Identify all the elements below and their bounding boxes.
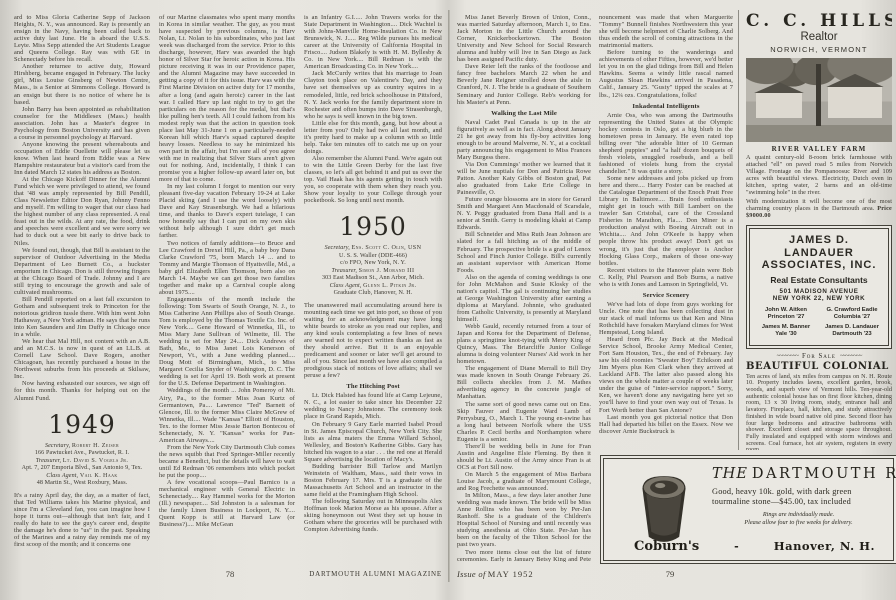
walking-last-mile-heading: Walking the Last Mile [457, 110, 591, 117]
class-notes-paragraph: Last month you got pictorial notice that… [599, 414, 733, 435]
class-notes-paragraph: At the Chicago Kickoff Dinner for the Al… [14, 176, 150, 246]
issue-footer: Issue of MAY 1952 [457, 569, 534, 579]
officer-name: Robert H. Zeiser [72, 443, 119, 449]
class-notes-paragraph: On March 5 the engagement of Miss Barbar… [457, 471, 591, 492]
hitching-post-heading: The Hitching Post [304, 383, 442, 390]
landauer-person: James D. LandauerDartmouth '23 [819, 324, 885, 338]
class-notes-paragraph: A few vocational scoops—Paul Barnico is … [159, 479, 295, 528]
landauer-person: John W. AitkenPrinceton '27 [753, 307, 819, 321]
officer-address: c/o FPO, New York, N. Y. [304, 260, 442, 268]
class-notes-paragraph: Anyone knowing the present whereabouts a… [14, 141, 150, 176]
left-page-column-2: of our Marine classmates who spent many … [159, 14, 295, 562]
for-sale-label: For Sale [746, 353, 892, 360]
advertisement-column: C. C. HILLS Realtor NORWICH, VERMONT RIV… [746, 12, 892, 450]
cc-hills-ad: C. C. HILLS Realtor NORWICH, VERMONT RIV… [746, 12, 892, 220]
class-notes-paragraph: We've had lots of dope from guys working… [599, 301, 733, 336]
class-1949-heading: 1949 [14, 411, 150, 438]
coburns-town: Hanover, N. H. [774, 539, 875, 553]
class-notes-paragraph: Two more items close out the list of fut… [457, 549, 591, 562]
class-notes-paragraph: Two notices of family additions—to Bruce… [159, 240, 295, 296]
right-page-number: 79 [630, 569, 710, 579]
cc-hills-description: A quaint century-old 8-room brick farmho… [746, 155, 892, 196]
class-notes-paragraph: Jack McCurdy writes that his marriage to… [304, 70, 442, 119]
landauer-address-2: NEW YORK 22, NEW YORK [753, 295, 885, 303]
landauer-name-1: JAMES D. LANDAUER [753, 234, 885, 259]
cc-hills-realtor: Realtor [746, 31, 892, 43]
class-notes-paragraph: Dave Reier left the ranks of the footloo… [457, 63, 591, 105]
cc-hills-town: NORWICH, VERMONT [746, 45, 892, 54]
class-notes-paragraph: It's a rainy April day, the day, as a ma… [14, 492, 150, 548]
class-notes-paragraph: In Milton, Mass., a few days later anoth… [457, 492, 591, 548]
class-notes-paragraph: is an Infantry G.I..... John Travers wor… [304, 14, 442, 70]
class-notes-paragraph: John Barry has been appointed as rehabil… [14, 106, 150, 141]
class-notes-paragraph: The engagement of Diane Merrall to Bill … [457, 365, 591, 400]
class-1950-heading: 1950 [304, 213, 442, 240]
ring-title: THEDARTMOUTH RING [712, 466, 885, 482]
inkadental-heading: Inkadental Intelligents [599, 103, 733, 110]
officer-role: Class Agent, [46, 473, 80, 479]
class-notes-paragraph: We hear that Mal Hill, not content with … [14, 338, 150, 380]
class-notes-paragraph: The following Saturday out in Minneapoli… [304, 498, 442, 533]
tree-trunk [816, 64, 821, 126]
officer-address: 48 Martin St., West Roxbury, Mass. [14, 480, 150, 488]
class-notes-paragraph: Before turning to the wanderings and ach… [599, 49, 733, 98]
class-notes-paragraph: Future orange blossoms are in store for … [457, 196, 591, 231]
officer-line: Class Agent, Vail K. Haak [14, 473, 150, 481]
officer-line: Secretary, Ens. Scott C. Olin, USN [304, 245, 442, 253]
class-1950-officers: Secretary, Ens. Scott C. Olin, USN U. S.… [304, 245, 442, 298]
officer-line: Treasurer, Simon J. Morand III [304, 268, 442, 276]
magazine-spread: ard to Miss Gloria Catherine Sepp of Jac… [0, 0, 896, 600]
left-page-column-3: is an Infantry G.I..... John Travers wor… [304, 14, 442, 562]
class-notes-paragraph: Bill Pendill reported on a last fall exc… [14, 296, 150, 338]
class-notes-paragraph: The unanswered mail accumulating around … [304, 302, 442, 380]
landauer-ad: JAMES D. LANDAUER ASSOCIATES, INC. Real … [746, 225, 892, 349]
left-page-number: 78 [190, 569, 270, 579]
class-notes-paragraph: Naval Cadet Paul Canada is up in the air… [457, 119, 591, 161]
class-notes-paragraph: Recent visitors to the Hanover plain wer… [599, 267, 733, 288]
officer-line: Treasurer, Lt. David S. Vogels Jr. [14, 458, 150, 466]
officer-name: Simon J. Morand III [359, 268, 415, 274]
officer-line: Secretary, Robert H. Zeiser [14, 443, 150, 451]
officer-address: Apt. 7, 207 Emporia Blvd., San Antonio 9… [14, 465, 150, 473]
class-notes-paragraph: Weddings of the month ... John Pomeroy o… [159, 387, 295, 443]
officer-address: Graduate Club, Hanover, N. H. [304, 290, 442, 298]
officer-address: 166 Pawtucket Ave., Pawtucket, R. I. [14, 450, 150, 458]
officer-address: U. S. S. Waller (DDE-466) [304, 253, 442, 261]
landauer-subtitle: Real Estate Consultants [753, 275, 885, 285]
ring-note-2: Please allow four to five weeks for deli… [712, 519, 885, 527]
class-notes-paragraph: Miss Janet Beverly Brown of Union, Conn.… [457, 14, 591, 63]
farmhouse-main [828, 86, 882, 118]
river-valley-farm-caption: RIVER VALLEY FARM [746, 145, 892, 153]
class-notes-paragraph: Also on the agenda of coming weddings is… [457, 274, 591, 323]
cc-hills-description-2: With modernization it will become one of… [746, 198, 892, 212]
left-page-column-1: ard to Miss Gloria Catherine Sepp of Jac… [14, 14, 150, 562]
officer-role: Secretary, [45, 443, 72, 449]
colonial-house-description: Ten acres of land, six miles from campus… [746, 374, 892, 450]
class-notes-paragraph: Lt. Dick Halsted has found life at Camp … [304, 392, 442, 420]
class-notes-paragraph: In my last column I forgot to mention ou… [159, 183, 295, 239]
class-1949-officers: Secretary, Robert H. Zeiser 166 Pawtucke… [14, 443, 150, 488]
officer-role: Class Agent, [330, 283, 364, 289]
coburns-name: Coburn's [634, 539, 699, 554]
class-notes-paragraph: We found out, though, that Bill is assis… [14, 247, 150, 296]
officer-address: 303 East Madison St., Ann Arbor, Mich. [304, 275, 442, 283]
class-notes-paragraph: Via Don Cummings' mother we learned that… [457, 161, 591, 196]
ring-note-1: Rings are individually made. [712, 511, 885, 519]
class-notes-paragraph: Budding barrister Bill Tarlow and Marily… [304, 463, 442, 498]
colonial-house-ad: For Sale BEAUTIFUL COLONIAL HOUSE Ten ac… [746, 353, 892, 450]
class-notes-paragraph: Little else for this month, gang, but ho… [304, 120, 442, 155]
officer-role: Treasurer, [332, 268, 359, 274]
ring-store-line: Coburn's - Hanover, N. H. [634, 539, 875, 554]
class-notes-paragraph: The same sort of good news came out on E… [457, 401, 591, 443]
class-notes-paragraph: Bill Schneider and Miss Ruth Jean Johnso… [457, 231, 591, 273]
class-notes-paragraph: Also remember the Alumni Fund. We're aga… [304, 155, 442, 204]
landauer-address-1: 501 MADISON AVENUE [753, 288, 885, 296]
class-notes-paragraph: Heard from Pfc. Jay Buck at the Medical … [599, 336, 733, 414]
colonial-house-title: BEAUTIFUL COLONIAL HOUSE [746, 361, 892, 372]
issue-date: MAY 1952 [488, 569, 534, 579]
landauer-person: James M. BannerYale '30 [753, 324, 819, 338]
right-page-column-1: Miss Janet Beverly Brown of Union, Conn.… [457, 14, 591, 562]
class-notes-paragraph: Another returnee to active duty, Howard … [14, 63, 150, 105]
class-notes-paragraph: nouncement was made that when Marguerite… [599, 14, 733, 49]
ad-column-rule [738, 10, 739, 450]
cc-hills-name: C. C. HILLS [746, 12, 892, 30]
farmhouse-left-wing [756, 92, 802, 118]
landauer-person: G. Crawford EadieColumbia '27 [819, 307, 885, 321]
separator-dash: - [734, 540, 739, 553]
class-notes-paragraph: ard to Miss Gloria Catherine Sepp of Jac… [14, 14, 150, 63]
class-notes-paragraph: Engagements of the month include the fol… [159, 296, 295, 388]
class-notes-paragraph: Arnie Oss, who was among the Dartmouths … [599, 112, 733, 175]
service-scenery-heading: Service Scenery [599, 292, 733, 299]
farmhouse-photo [746, 58, 892, 142]
class-notes-paragraph: Now having exhausted our sources, we sig… [14, 380, 150, 401]
class-notes-paragraph: of our Marine classmates who spent many … [159, 14, 295, 183]
class-notes-paragraph: From the New York City Dartmouth Club co… [159, 444, 295, 479]
dartmouth-ring-ad: THEDARTMOUTH RING Good, heavy 10k. gold,… [600, 455, 896, 564]
officer-name: Vail K. Haak [80, 473, 118, 479]
officer-name: Ens. Scott C. Olin, USN [352, 245, 422, 251]
page-gutter-rule [448, 10, 450, 582]
landauer-name-2: ASSOCIATES, INC. [753, 259, 885, 272]
officer-line: Class Agent, Glenn L. Pitkin Jr. [304, 283, 442, 291]
issue-of-label: Issue of [457, 569, 486, 579]
left-page-footer: DARTMOUTH ALUMNI MAGAZINE [290, 570, 442, 578]
class-notes-paragraph: On February 9 Gary Earle married Isabel … [304, 421, 442, 463]
officer-role: Treasurer, [36, 458, 63, 464]
ring-description: Good, heavy 10k. gold, with dark green t… [712, 487, 885, 507]
officer-name: Glenn L. Pitkin Jr. [363, 283, 416, 289]
class-notes-paragraph: Some new addresses and jobs picked up fr… [599, 175, 733, 267]
class-notes-paragraph: There'll be wedding bells in June for Fr… [457, 443, 591, 471]
class-notes-paragraph: Webb Gauld, recently returned from a tou… [457, 323, 591, 365]
officer-role: Secretary, [325, 245, 352, 251]
officer-name: Lt. David S. Vogels Jr. [63, 458, 129, 464]
right-page-column-2: nouncement was made that when Marguerite… [599, 14, 733, 448]
